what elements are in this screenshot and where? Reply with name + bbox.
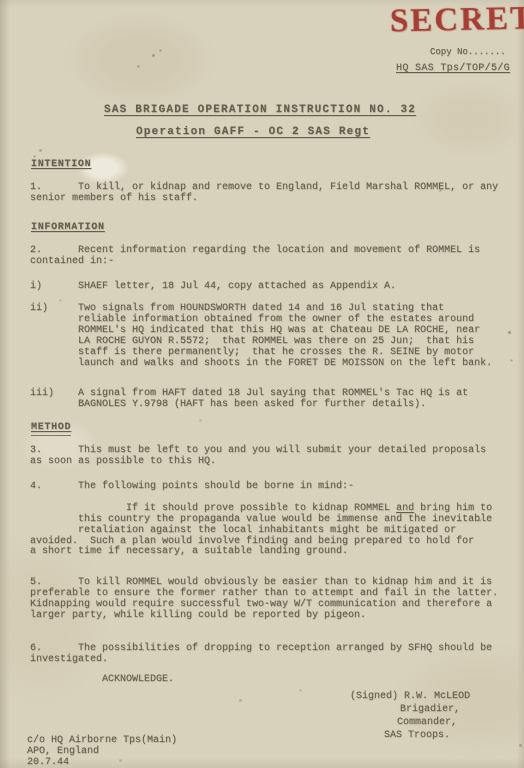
list-item-iii: iii) A signal from HAFT dated 18 Jul say… [30,389,514,411]
signature-signed-line: (Signed) R.W. McLEOD [350,692,470,703]
document-title: SAS BRIGADE OPERATION INSTRUCTION NO. 32 [104,105,416,116]
section-heading-intention: INTENTION [31,160,91,171]
signature-rank: Brigadier, [400,705,460,716]
file-reference: HQ SAS Tps/TOP/5/G [396,64,510,75]
paragraph-2: 2. Recent information regarding the loca… [30,246,514,268]
paragraph-4: 4. The following points should be borne … [30,482,520,558]
list-item-i: i) SHAEF letter, 18 Jul 44, copy attache… [30,282,514,293]
document-subtitle: Operation GAFF - OC 2 SAS Regt [136,127,370,138]
paragraph-4-lead: 4. The following points should be borne … [30,481,396,514]
paragraph-3: 3. This must be left to you and you will… [30,446,514,468]
section-heading-method: METHOD [31,423,71,436]
paragraph-5: 5. To kill ROMMEL would obviously be eas… [30,578,520,622]
signature-role: Commander, [397,718,457,729]
section-heading-information: INFORMATION [31,223,105,234]
paper-speckles [0,0,1,1]
acknowledge-line: ACKNOWLEDGE. [102,675,174,686]
scanned-document-page: { "page": { "stamp": "SECRET", "copy_no"… [0,0,524,768]
paragraph-4-emphasis-and: and [396,503,414,514]
copy-number: Copy No....... [430,47,506,58]
paragraph-1: 1. To kill, or kidnap and remove to Engl… [30,183,514,205]
paragraph-6: 6. The possibilities of dropping to rece… [30,644,514,666]
signature-unit: SAS Troops. [384,731,450,742]
list-item-ii: ii) Two signals from HOUNDSWORTH dated 1… [30,304,520,369]
secret-stamp: SECRET [390,1,523,44]
footer-date: 20.7.44 [27,758,69,768]
